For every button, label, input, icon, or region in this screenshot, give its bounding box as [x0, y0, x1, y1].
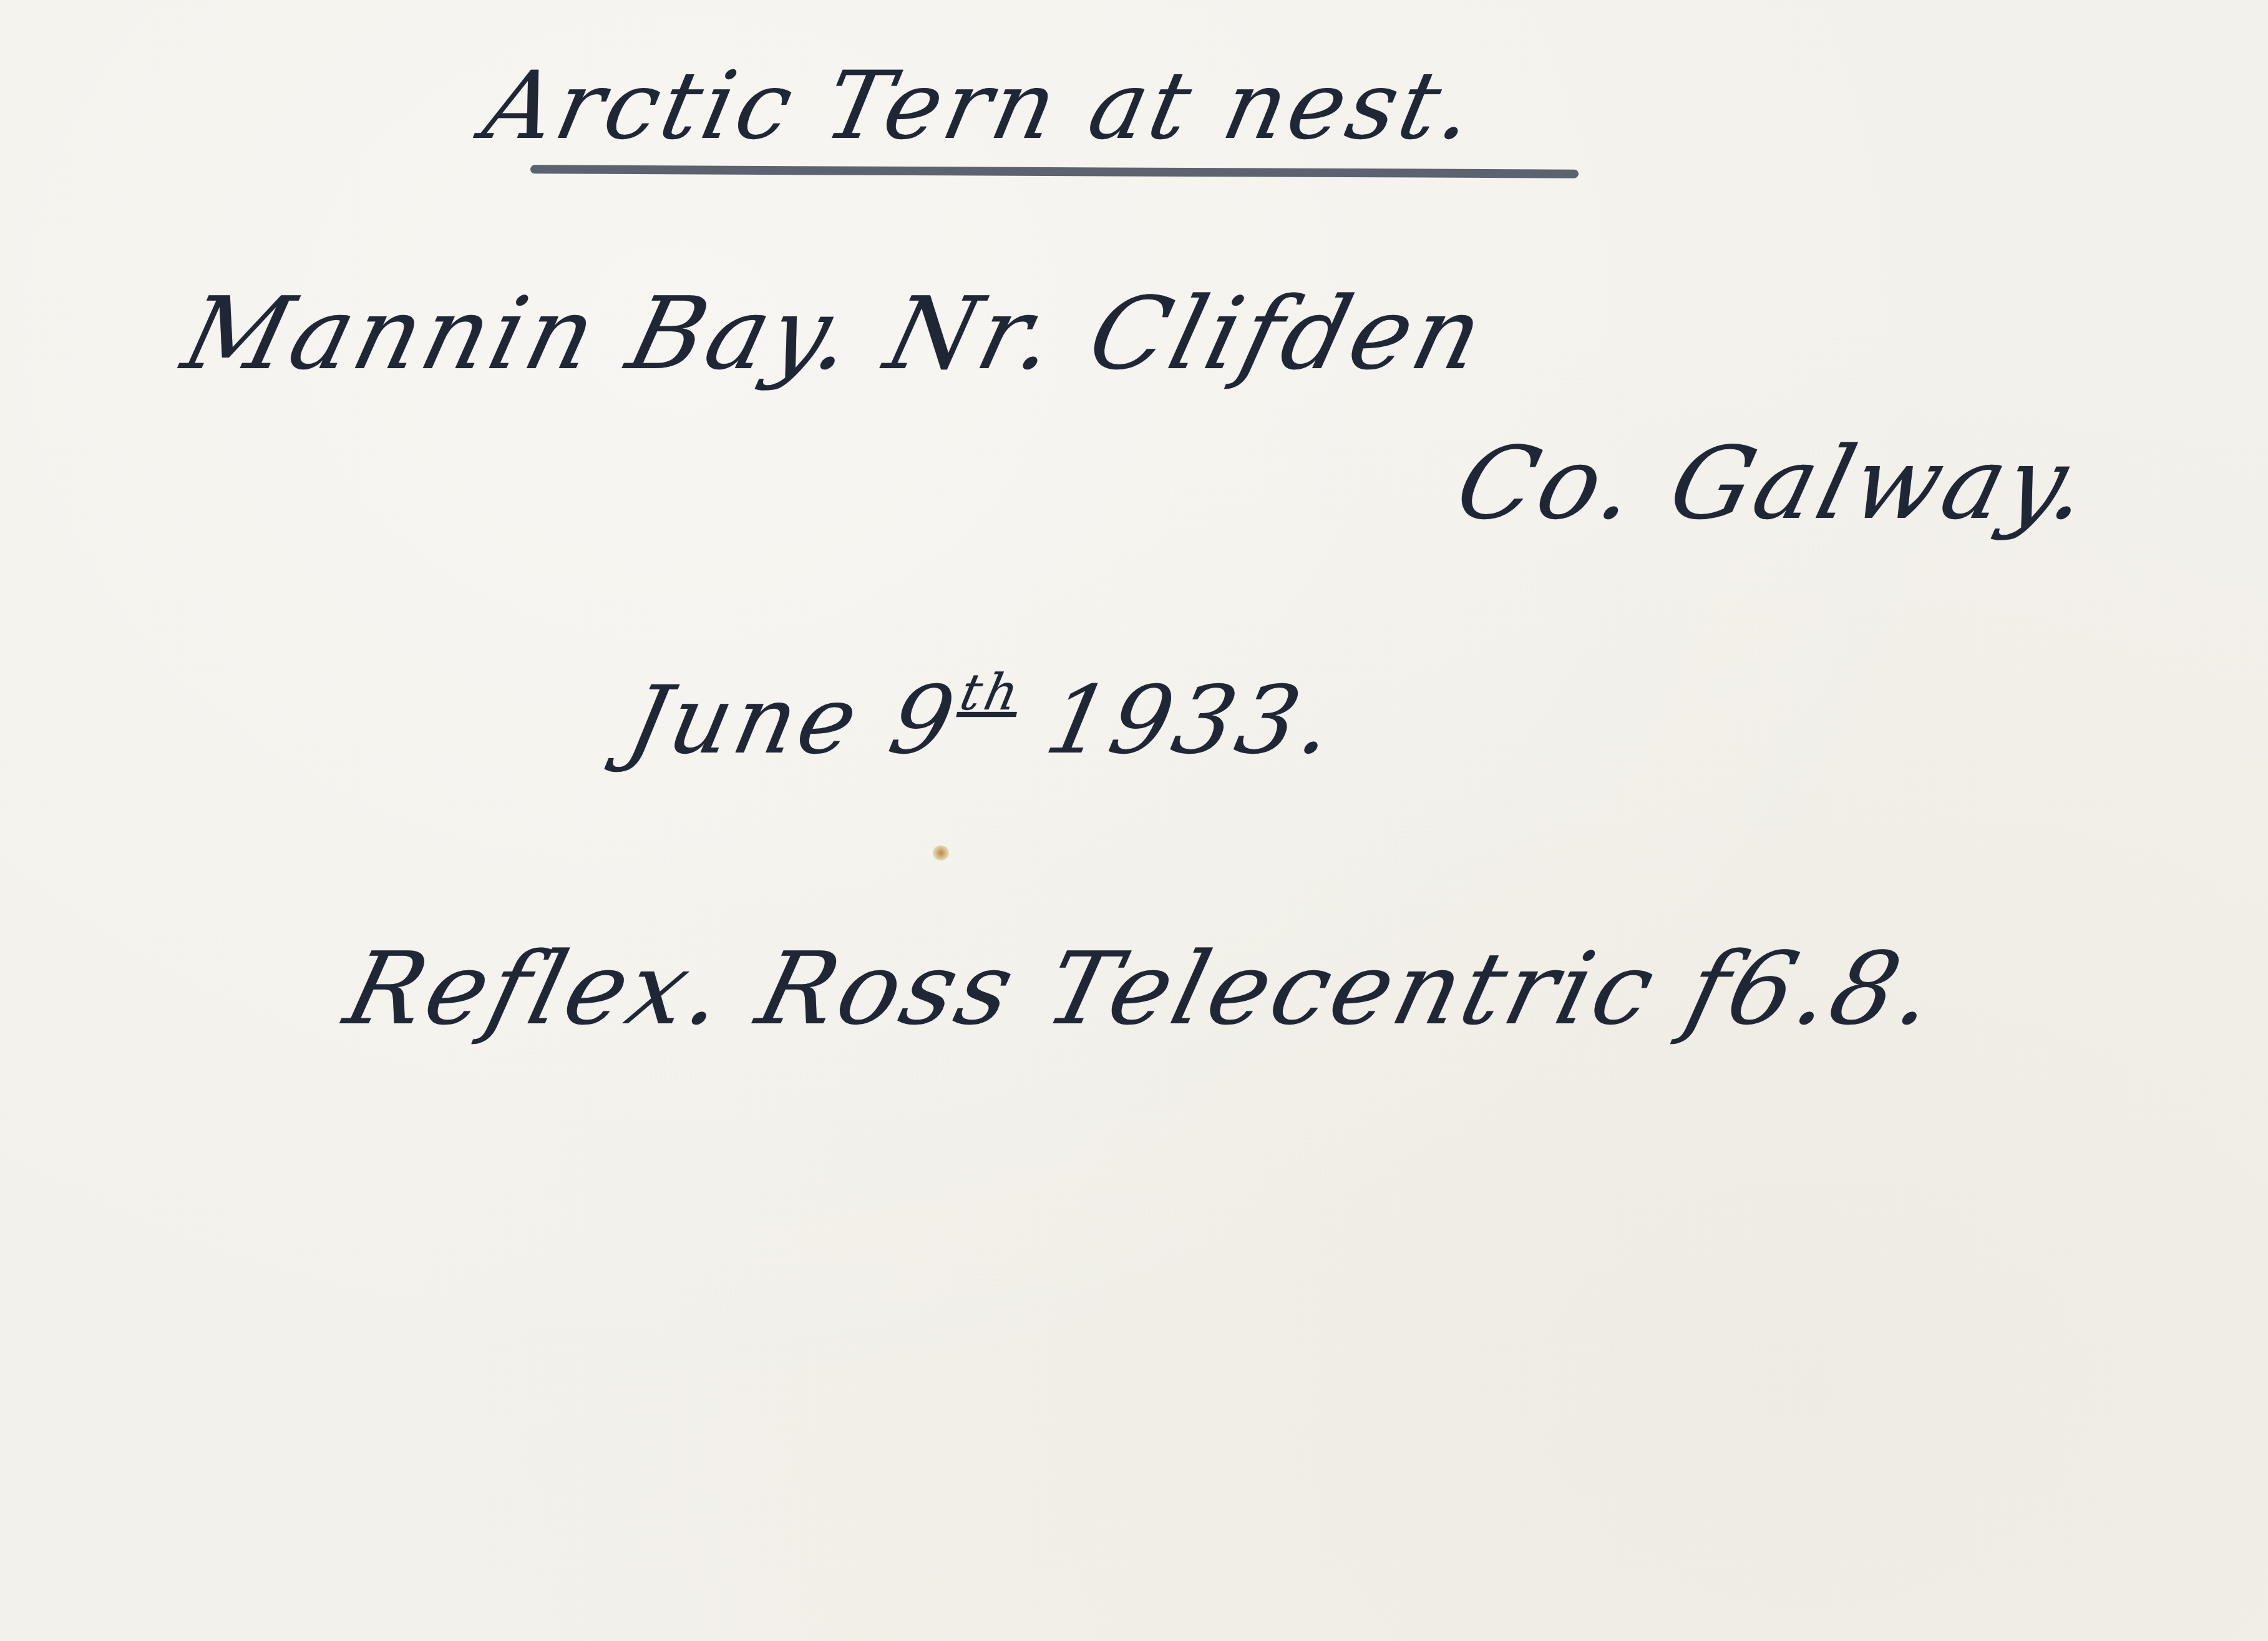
caption-card: Arctic Tern at nest. Mannin Bay. Nr. Cli… [0, 0, 2268, 1641]
date-ordinal-suffix: th [955, 663, 1027, 721]
location-line-1: Mannin Bay. Nr. Clifden [175, 284, 1496, 384]
title-underline [530, 165, 1579, 178]
date-month-day: June 9 [619, 666, 967, 775]
paper-stain [933, 845, 949, 860]
location-line-2: Co. Galway. [1448, 434, 2103, 533]
caption-title: Arctic Tern at nest. [477, 59, 1486, 153]
date-year: 1933. [1037, 666, 1346, 775]
camera-lens-line: Reflex. Ross Telecentric f6.8. [337, 939, 1949, 1039]
date-line: June 9th 1933. [620, 674, 1345, 767]
